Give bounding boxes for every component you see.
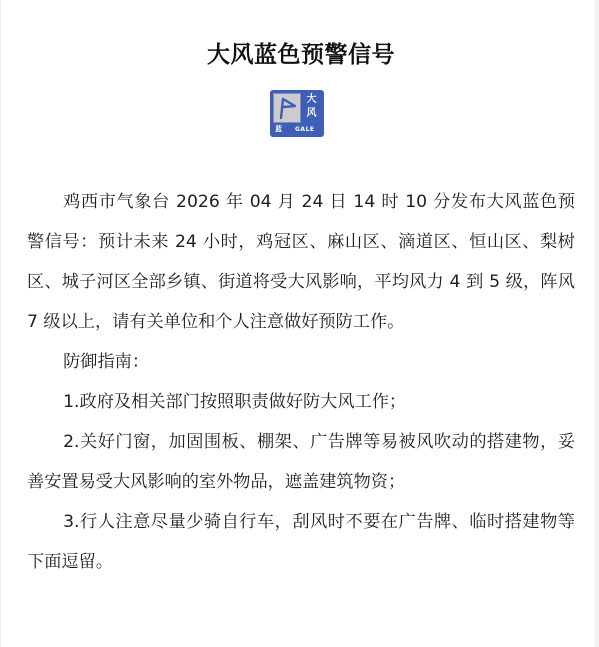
signal-bottom-bar: 蓝 GALE (273, 125, 321, 134)
page-title: 大风蓝色预警信号 (27, 36, 575, 69)
warning-paragraph: 鸡西市气象台 2026 年 04 月 24 日 14 时 10 分发布大风蓝色预… (27, 182, 575, 342)
scrollbar-track[interactable] (595, 0, 599, 647)
signal-type-label: 大 风 (303, 93, 320, 123)
signal-level-label: 蓝 (275, 125, 282, 134)
article-body: 鸡西市气象台 2026 年 04 月 24 日 14 时 10 分发布大风蓝色预… (27, 182, 575, 582)
flag-icon (273, 93, 301, 123)
gale-blue-warning-icon: 大 风 蓝 GALE (270, 90, 324, 137)
guide-item-2: 2.关好门窗，加固围板、棚架、广告牌等易被风吹动的搭建物，妥善安置易受大风影响的… (27, 422, 575, 502)
signal-english-label: GALE (295, 125, 315, 134)
left-border (0, 0, 1, 647)
guide-item-1: 1.政府及相关部门按照职责做好防大风工作； (27, 382, 575, 422)
guide-item-3: 3.行人注意尽量少骑自行车，刮风时不要在广告牌、临时搭建物等下面逗留。 (27, 502, 575, 582)
guide-heading: 防御指南： (27, 342, 575, 382)
